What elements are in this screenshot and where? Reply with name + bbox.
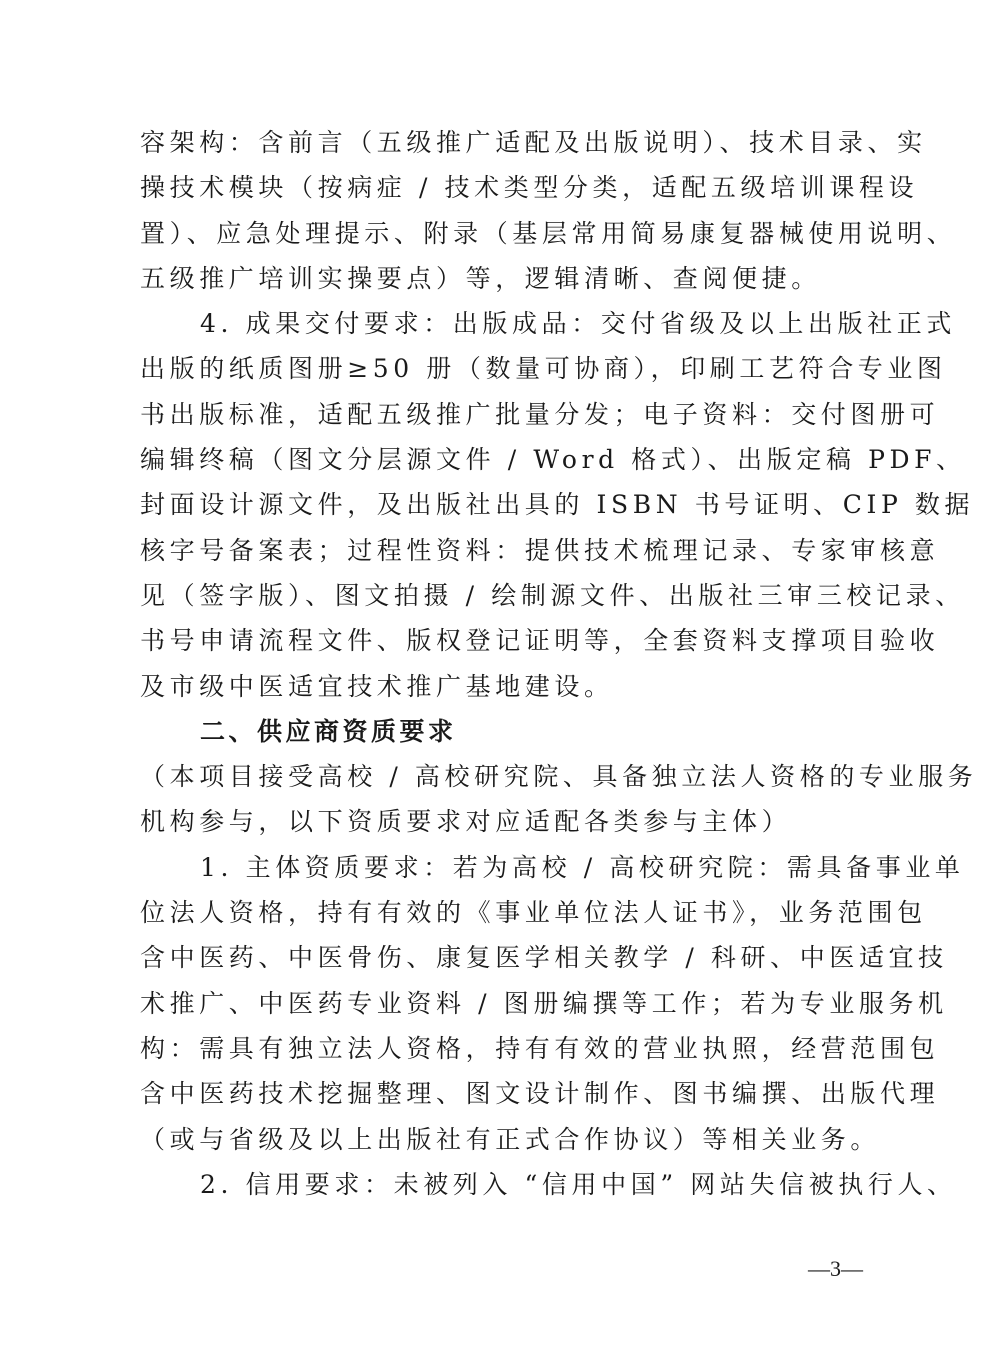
body-text: 容架构：含前言（五级推广适配及出版说明）、技术目录、实 操技术模块（按病症 / …: [140, 120, 870, 1207]
paragraph-line: 及市级中医适宜技术推广基地建设。: [140, 664, 870, 709]
document-page: 容架构：含前言（五级推广适配及出版说明）、技术目录、实 操技术模块（按病症 / …: [0, 0, 1000, 1362]
item-4-deliverables: 4. 成果交付要求：出版成品：交付省级及以上出版社正式: [140, 301, 870, 346]
paragraph-line: 书号申请流程文件、版权登记证明等，全套资料支撑项目验收: [140, 618, 870, 663]
paragraph-line: 含中医药技术挖掘整理、图文设计制作、图书编撰、出版代理: [140, 1071, 870, 1116]
paragraph-line: 书出版标准，适配五级推广批量分发；电子资料：交付图册可: [140, 392, 870, 437]
paragraph-line: 术推广、中医药专业资料 / 图册编撰等工作；若为专业服务机: [140, 981, 870, 1026]
paragraph-line: 位法人资格，持有有效的《事业单位法人证书》，业务范围包: [140, 890, 870, 935]
paragraph-line: 出版的纸质图册≥50 册（数量可协商），印刷工艺符合专业图: [140, 346, 870, 391]
paragraph-line: 容架构：含前言（五级推广适配及出版说明）、技术目录、实: [140, 120, 870, 165]
section-note: 机构参与，以下资质要求对应适配各类参与主体）: [140, 799, 870, 844]
paragraph-line: 封面设计源文件，及出版社出具的 ISBN 书号证明、CIP 数据: [140, 482, 870, 527]
paragraph-line: 操技术模块（按病症 / 技术类型分类，适配五级培训课程设: [140, 165, 870, 210]
section-note: （本项目接受高校 / 高校研究院、具备独立法人资格的专业服务: [140, 754, 870, 799]
paragraph-line: 含中医药、中医骨伤、康复医学相关教学 / 科研、中医适宜技: [140, 935, 870, 980]
paragraph-line: 置）、应急处理提示、附录（基层常用简易康复器械使用说明、: [140, 211, 870, 256]
paragraph-line: 五级推广培训实操要点）等，逻辑清晰、查阅便捷。: [140, 256, 870, 301]
item-2-credit-requirement: 2. 信用要求：未被列入 “信用中国” 网站失信被执行人、: [140, 1162, 870, 1207]
paragraph-line: 编辑终稿（图文分层源文件 / Word 格式）、出版定稿 PDF、: [140, 437, 870, 482]
paragraph-line: 核字号备案表；过程性资料：提供技术梳理记录、专家审核意: [140, 528, 870, 573]
paragraph-line: 构：需具有独立法人资格，持有有效的营业执照，经营范围包: [140, 1026, 870, 1071]
paragraph-line: 见（签字版）、图文拍摄 / 绘制源文件、出版社三审三校记录、: [140, 573, 870, 618]
page-number: —3—: [808, 1256, 863, 1282]
paragraph-line: （或与省级及以上出版社有正式合作协议）等相关业务。: [140, 1117, 870, 1162]
section-heading-supplier-qualifications: 二、供应商资质要求: [140, 709, 870, 754]
item-1-entity-qualification: 1. 主体资质要求：若为高校 / 高校研究院：需具备事业单: [140, 845, 870, 890]
